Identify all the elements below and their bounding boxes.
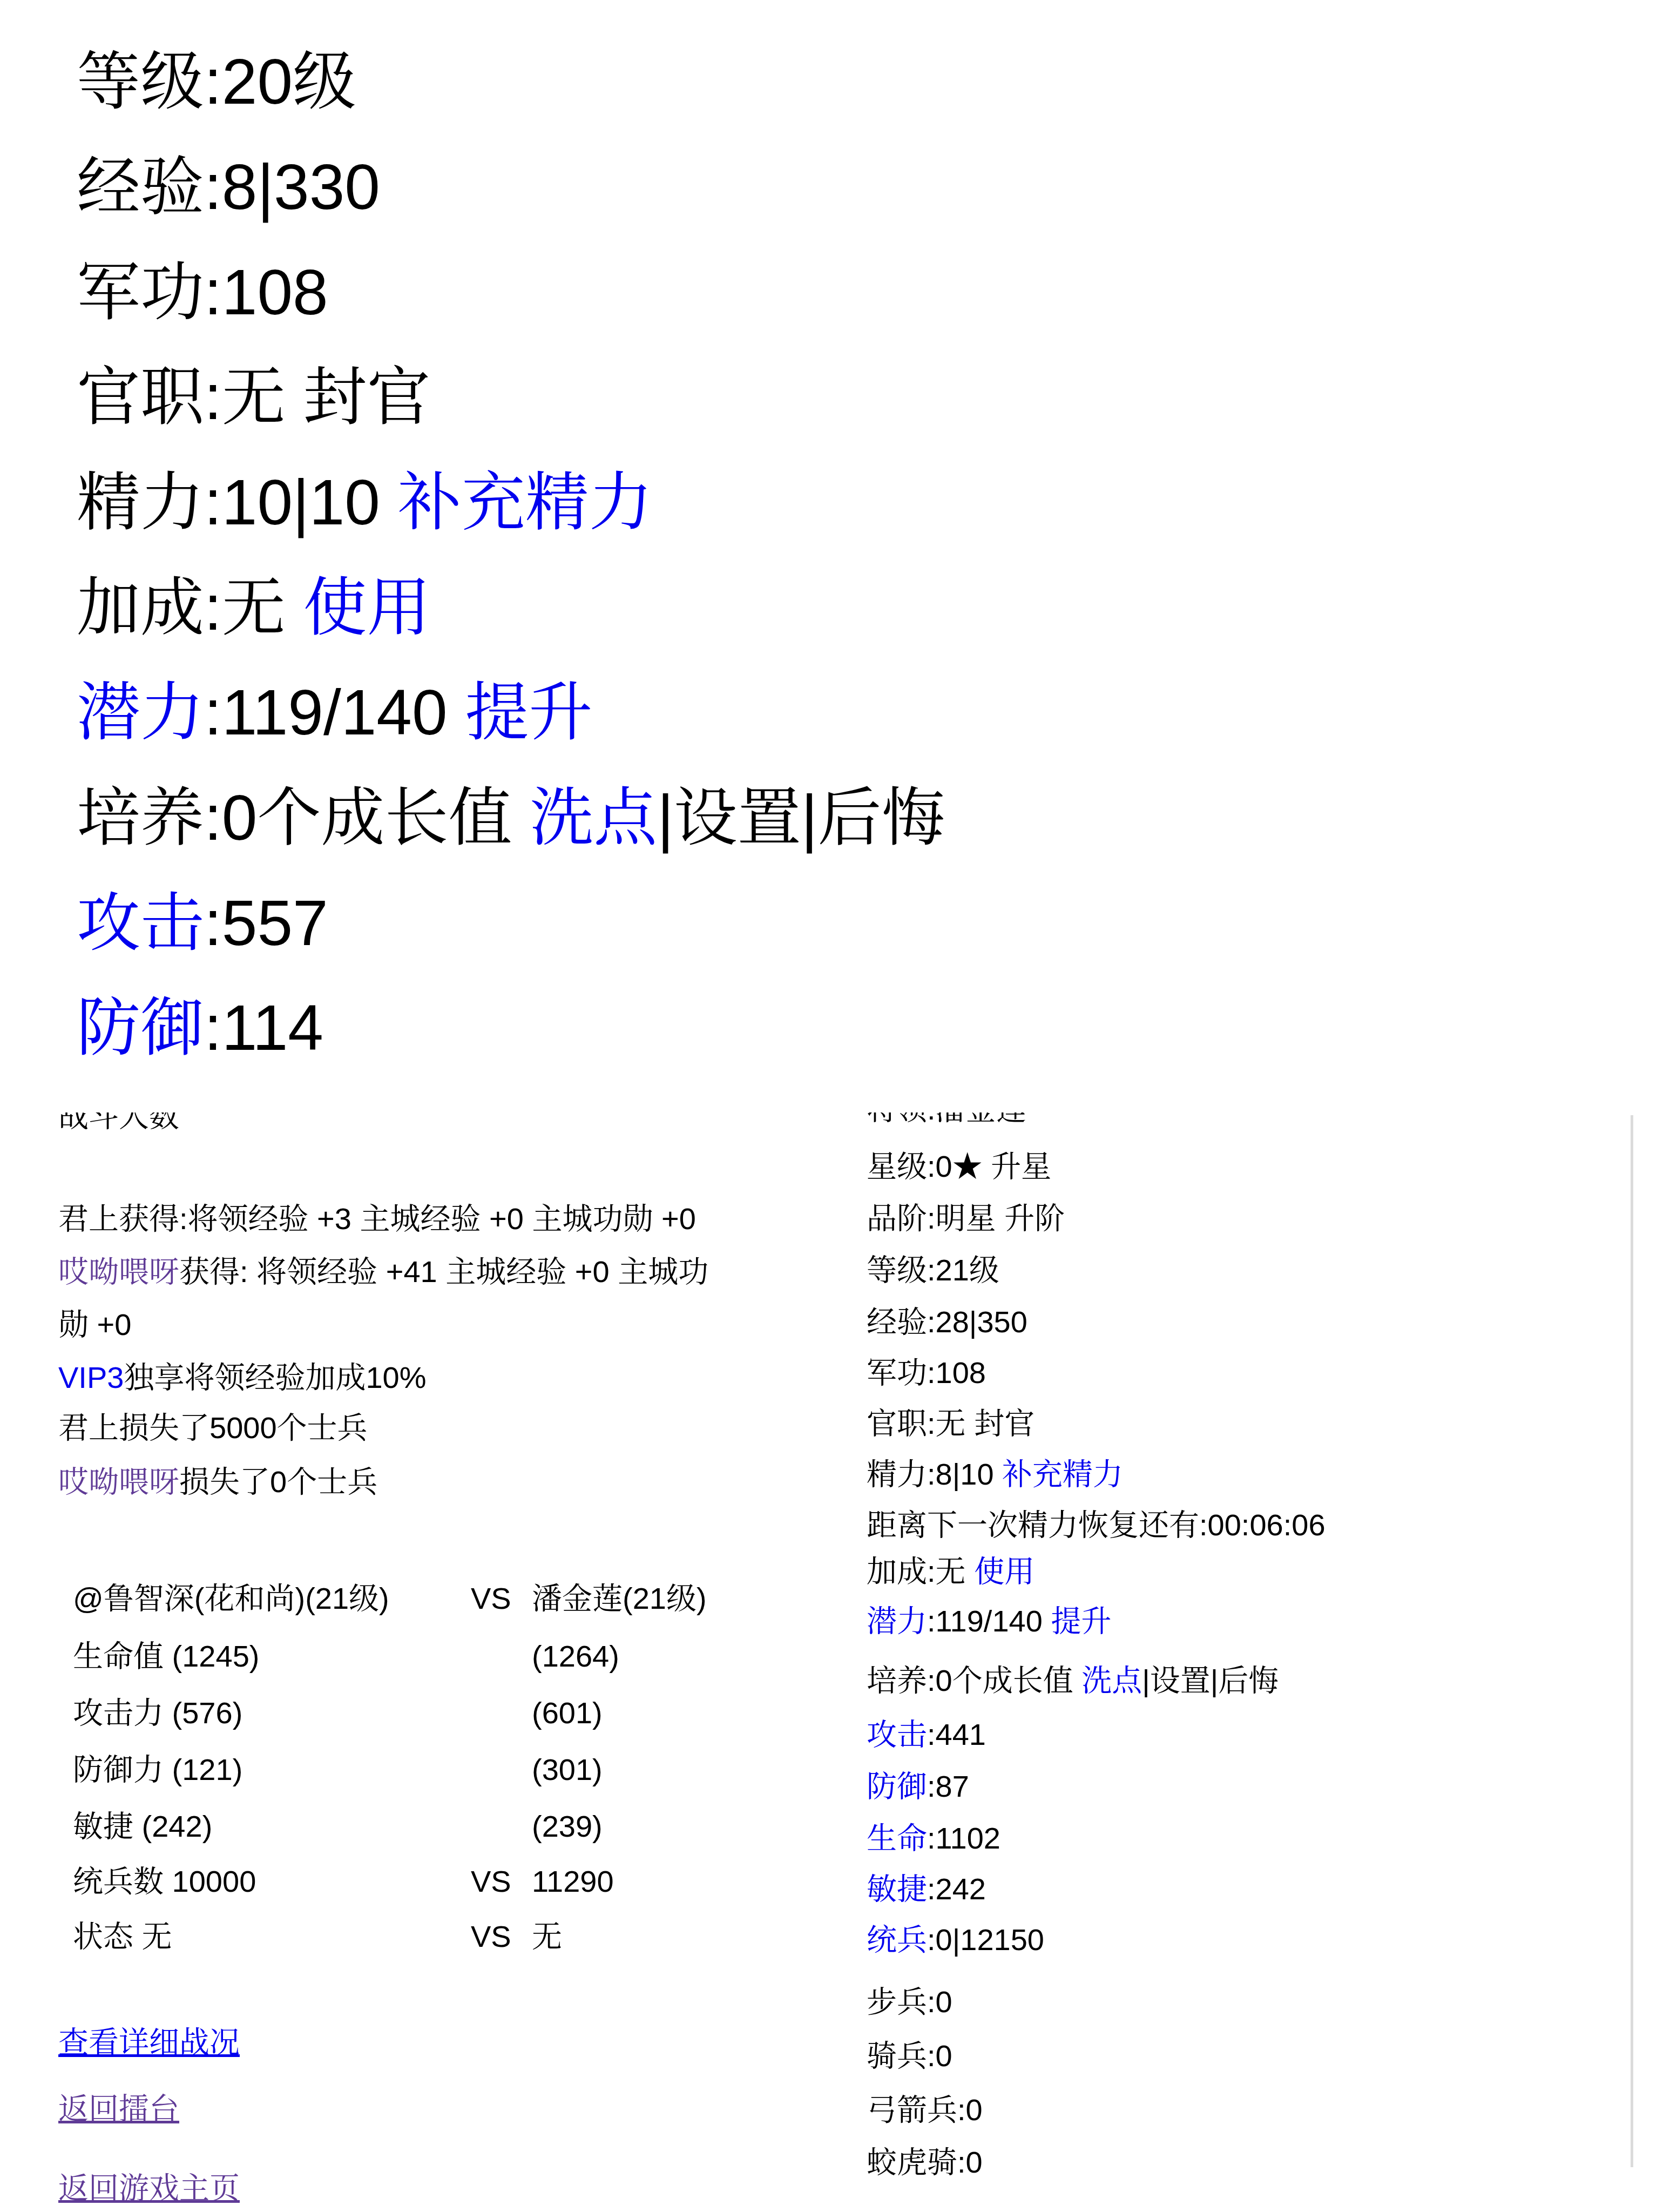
defense-link[interactable]: 防御 [77, 993, 204, 1064]
defense-value: :114 [204, 993, 323, 1064]
overlay-attack-line: 攻击:557 [77, 889, 328, 959]
archers-line: 弓箭兵:0 [867, 2093, 983, 2127]
potential-line: 潜力:119/140 提升 [867, 1604, 1111, 1638]
attack-value: :557 [204, 888, 328, 959]
stat-label: 攻击力 (576) [73, 1696, 242, 1730]
cavalry-line: 骑兵:0 [867, 2039, 952, 2073]
battle-log-line: 君上损失了5000个士兵 [58, 1411, 368, 1445]
view-battle-detail-link[interactable]: 查看详细战况 [58, 2025, 240, 2059]
defense-value: :87 [927, 1769, 969, 1803]
back-to-arena-link-line: 返回擂台 [58, 2092, 179, 2126]
level-text: 等级:20级 [77, 46, 356, 118]
hp-line: 生命:1102 [867, 1821, 1000, 1856]
bonus-label: 加成:无 [867, 1554, 974, 1588]
vs-table-row-hp: 生命值 (1245) (1264) [73, 1639, 856, 1677]
defense-line: 防御:87 [867, 1769, 969, 1804]
replenish-energy-link[interactable]: 补充精力 [398, 467, 653, 538]
stat-label: 统兵数 10000 [73, 1864, 256, 1899]
battle-log-line: 哎呦喂呀获得: 将领经验 +41 主城经验 +0 主城功 [58, 1255, 708, 1289]
bonus-line: 加成:无 使用 [867, 1554, 1034, 1589]
exp-text: 经验:28|350 [867, 1305, 1027, 1339]
exp-text: 经验:8|330 [77, 152, 380, 223]
level-line: 等级:21级 [867, 1253, 999, 1287]
potential-link[interactable]: 潜力 [77, 677, 204, 748]
game-page: 战斗人数 君上获得:将领经验 +3 主城经验 +0 主城功勋 +0 哎呦喂呀获得… [0, 0, 1677, 2212]
cultivate-line: 培养:0个成长值 洗点|设置|后悔 [867, 1663, 1279, 1698]
overlay-potential-line: 潜力:119/140 提升 [77, 678, 592, 748]
vs-label: VS [471, 1864, 511, 1899]
attack-link[interactable]: 攻击 [867, 1717, 927, 1751]
stat-label: 敏捷 (242) [73, 1809, 212, 1844]
overlay-cultivate-line: 培养:0个成长值 洗点|设置|后悔 [77, 784, 945, 854]
level-text: 等级:21级 [867, 1253, 999, 1287]
office-line: 官职:无 封官 [867, 1406, 1034, 1441]
office-label: 官职:无 [77, 362, 303, 433]
stat-value: (239) [532, 1809, 603, 1844]
stat-label: 状态 无 [73, 1919, 172, 1954]
raise-potential-link[interactable]: 提升 [465, 677, 592, 748]
vs-table-row-status: 状态 无 VS 无 [73, 1919, 856, 1957]
agility-link[interactable]: 敏捷 [867, 1872, 927, 1906]
attack-link[interactable]: 攻击 [77, 888, 204, 959]
overlay-bonus-line: 加成:无 使用 [77, 574, 431, 644]
vip-link[interactable]: VIP3 [58, 1360, 124, 1394]
battle-log-line: 君上获得:将领经验 +3 主城经验 +0 主城功勋 +0 [58, 1202, 696, 1236]
merit-line: 军功:108 [867, 1355, 986, 1390]
back-to-arena-link[interactable]: 返回擂台 [58, 2092, 179, 2126]
vs-table-header: @鲁智深(花和尚)(21级) VS 潘金莲(21级) [73, 1581, 856, 1619]
back-to-home-link[interactable]: 返回游戏主页 [58, 2171, 240, 2205]
battle-log-line-wrap: 勋 +0 [58, 1307, 131, 1342]
energy-label: 精力:10|10 [77, 467, 398, 538]
energy-label: 精力:8|10 [867, 1457, 1002, 1491]
scrollbar-divider [1631, 1115, 1633, 2167]
defense-link[interactable]: 防御 [867, 1769, 927, 1803]
player-name-link[interactable]: 哎呦喂呀 [58, 1465, 179, 1499]
appoint-office-action[interactable]: 封官 [974, 1406, 1034, 1440]
view-battle-detail-link-line: 查看详细战况 [58, 2025, 240, 2060]
upgrade-grade-action[interactable]: 升阶 [1004, 1201, 1065, 1235]
attack-line: 攻击:441 [867, 1717, 986, 1752]
upgrade-star-action[interactable]: 升星 [991, 1149, 1051, 1183]
grade-line: 品阶:明星 升阶 [867, 1201, 1065, 1236]
cultivate-extra-actions: |设置|后悔 [1142, 1663, 1279, 1697]
stat-value: 无 [532, 1919, 562, 1954]
vs-table-row-attack: 攻击力 (576) (601) [73, 1696, 856, 1734]
use-bonus-link[interactable]: 使用 [974, 1554, 1034, 1588]
jiaohu-riders-line: 蛟虎骑:0 [867, 2145, 983, 2180]
overlay-office-line: 官职:无 封官 [77, 363, 431, 433]
vip-text: 独享将领经验加成10% [124, 1360, 426, 1394]
energy-line: 精力:8|10 补充精力 [867, 1457, 1123, 1492]
overlay-merit-line: 军功:108 [77, 258, 328, 328]
log-text: 损失了0个士兵 [179, 1465, 377, 1499]
vs-table-row-troops: 统兵数 10000 VS 11290 [73, 1864, 856, 1902]
reset-points-link[interactable]: 洗点 [1081, 1663, 1142, 1697]
overlay-level-line: 等级:20级 [77, 48, 356, 118]
grade-label: 品阶:明星 [867, 1201, 1004, 1235]
overlay-exp-line: 经验:8|330 [77, 153, 380, 223]
vs-label: VS [471, 1581, 511, 1616]
hp-value: :1102 [927, 1821, 1000, 1855]
star-line: 星级:0★ 升星 [867, 1149, 1051, 1184]
attacker-name: @鲁智深(花和尚)(21级) [73, 1581, 389, 1616]
troops-line: 统兵:0|12150 [867, 1923, 1044, 1957]
overlay-energy-line: 精力:10|10 补充精力 [77, 468, 653, 538]
replenish-energy-link[interactable]: 补充精力 [1002, 1457, 1123, 1491]
log-text: 君上损失了5000个士兵 [58, 1411, 368, 1445]
vs-label: VS [471, 1919, 511, 1954]
log-text: 君上获得:将领经验 +3 主城经验 +0 主城功勋 +0 [58, 1202, 696, 1236]
player-name-link[interactable]: 哎呦喂呀 [58, 1255, 179, 1289]
stat-value: (601) [532, 1696, 603, 1730]
log-text: 勋 +0 [58, 1307, 131, 1341]
bonus-label: 加成:无 [77, 572, 303, 644]
cultivate-extra-actions: |设置|后悔 [657, 783, 945, 854]
troops-value: :0|12150 [927, 1923, 1044, 1957]
raise-potential-link[interactable]: 提升 [1051, 1604, 1111, 1638]
cavalry-text: 骑兵:0 [867, 2039, 952, 2073]
infantry-text: 步兵:0 [867, 1985, 952, 2019]
stat-label: 防御力 (121) [73, 1752, 242, 1787]
stat-value: 11290 [532, 1864, 614, 1899]
office-label: 官职:无 [867, 1406, 974, 1440]
energy-recover-timer-line: 距离下一次精力恢复还有:00:06:06 [867, 1508, 1326, 1542]
vs-table-row-agility: 敏捷 (242) (239) [73, 1809, 856, 1847]
defender-name: 潘金莲(21级) [532, 1581, 707, 1616]
agility-line: 敏捷:242 [867, 1872, 986, 1906]
appoint-office-action[interactable]: 封官 [303, 362, 431, 433]
stat-label: 生命值 (1245) [73, 1639, 259, 1674]
reset-points-link[interactable]: 洗点 [530, 783, 657, 854]
attack-value: :441 [927, 1717, 986, 1751]
exp-line: 经验:28|350 [867, 1305, 1027, 1339]
potential-value: :119/140 [927, 1604, 1051, 1638]
cultivate-label: 培养:0个成长值 [77, 783, 530, 854]
star-label: 星级:0★ [867, 1149, 991, 1183]
agility-value: :242 [927, 1872, 986, 1906]
back-to-home-link-line: 返回游戏主页 [58, 2171, 240, 2206]
merit-text: 军功:108 [867, 1355, 986, 1390]
vip-bonus-line: VIP3独享将领经验加成10% [58, 1360, 427, 1395]
potential-link[interactable]: 潜力 [867, 1604, 927, 1638]
magnified-stats-overlay: 等级:20级 经验:8|330 军功:108 官职:无 封官 精力:10|10 … [0, 0, 1677, 1112]
energy-recover-timer: 距离下一次精力恢复还有:00:06:06 [867, 1508, 1326, 1542]
battle-log-line: 哎呦喂呀损失了0个士兵 [58, 1465, 377, 1499]
log-text: 获得: 将领经验 +41 主城经验 +0 主城功 [179, 1255, 708, 1289]
troops-link[interactable]: 统兵 [867, 1923, 927, 1957]
vs-table-row-defense: 防御力 (121) (301) [73, 1752, 856, 1790]
overlay-defense-line: 防御:114 [77, 994, 323, 1064]
potential-value: :119/140 [204, 677, 465, 748]
infantry-line: 步兵:0 [867, 1985, 952, 2019]
use-bonus-link[interactable]: 使用 [303, 572, 431, 644]
jiaohu-riders-text: 蛟虎骑:0 [867, 2145, 983, 2179]
cultivate-label: 培养:0个成长值 [867, 1663, 1081, 1697]
stat-value: (1264) [532, 1639, 619, 1674]
archers-text: 弓箭兵:0 [867, 2093, 983, 2127]
hp-link[interactable]: 生命 [867, 1821, 927, 1855]
stat-value: (301) [532, 1752, 603, 1787]
merit-text: 军功:108 [77, 257, 328, 328]
